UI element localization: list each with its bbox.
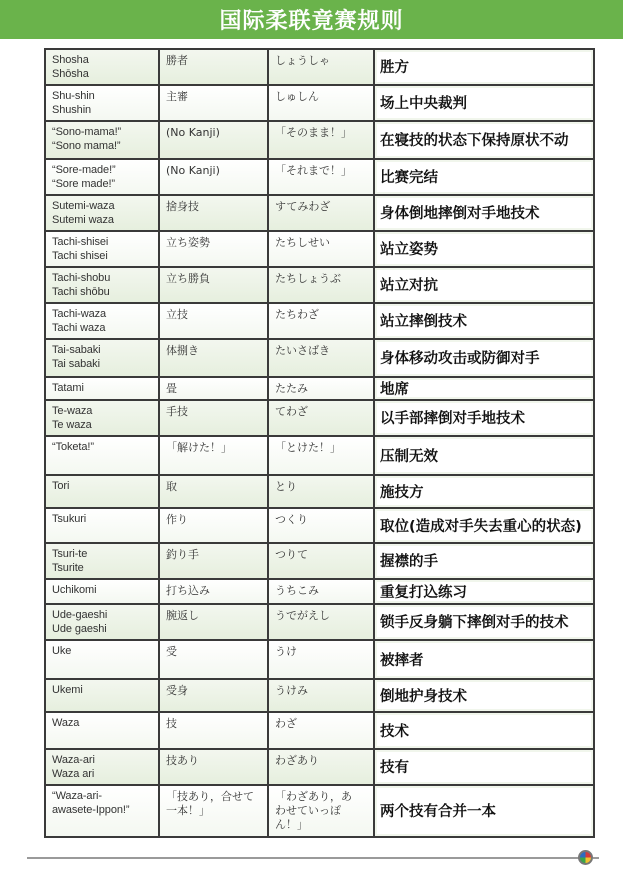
hiragana-cell-line: たいさばき: [275, 344, 367, 358]
hiragana-cell: 「とけた！」: [268, 436, 374, 475]
glossary-table-container: ShoshaShōsha勝者しょうしゃ胜方Shu-shinShushin主審しゅ…: [44, 48, 593, 838]
glossary-row: Tachi-shiseiTachi shisei立ち姿勢たちしせい站立姿势: [45, 231, 594, 267]
page-title: 国际柔联竟赛规则: [219, 4, 403, 35]
romaji-term-cell: Te-wazaTe waza: [45, 400, 159, 436]
hiragana-cell: しゅしん: [268, 85, 374, 121]
kanji-cell-line: 立ち姿勢: [166, 236, 261, 250]
romaji-term-cell-line: Tsurite: [52, 561, 152, 575]
hiragana-cell: うけ: [268, 640, 374, 679]
romaji-term-cell: Tachi-shobuTachi shōbu: [45, 267, 159, 303]
hiragana-cell-line: わざあり: [275, 754, 367, 768]
chinese-translation-cell: 比赛完结: [374, 159, 594, 195]
kanji-cell-line: (No Kanji): [166, 126, 261, 140]
footer-divider-tail: [593, 857, 599, 859]
chinese-translation-cell: 身体倒地摔倒对手地技术: [374, 195, 594, 231]
romaji-term-cell-line: Shushin: [52, 103, 152, 117]
romaji-term-cell-line: Ukemi: [52, 683, 152, 697]
chinese-translation-cell: 在寝技的状态下保持原状不动: [374, 121, 594, 159]
glossary-row: Sutemi-wazaSutemi waza捨身技すてみわざ身体倒地摔倒对手地技…: [45, 195, 594, 231]
romaji-term-cell: Tai-sabakiTai sabaki: [45, 339, 159, 377]
glossary-table-body: ShoshaShōsha勝者しょうしゃ胜方Shu-shinShushin主審しゅ…: [45, 49, 594, 837]
kanji-cell: 主審: [159, 85, 268, 121]
page-header-banner: 国际柔联竟赛规则: [0, 0, 623, 39]
romaji-term-cell: “Sore-made!”“Sore made!”: [45, 159, 159, 195]
romaji-term-cell: Tachi-shiseiTachi shisei: [45, 231, 159, 267]
glossary-row: Waza-ariWaza ari技ありわざあり技有: [45, 749, 594, 785]
chinese-translation-cell: 地席: [374, 377, 594, 400]
romaji-term-cell: Tsuri-teTsurite: [45, 543, 159, 579]
kanji-cell-line: 受: [166, 645, 261, 659]
glossary-row: Te-wazaTe waza手技てわざ以手部摔倒对手地技术: [45, 400, 594, 436]
chinese-translation-cell: 胜方: [374, 49, 594, 85]
kanji-cell-line: 受身: [166, 684, 261, 698]
kanji-cell: 取: [159, 475, 268, 508]
romaji-term-cell: “Waza-ari-awasete-Ippon!”: [45, 785, 159, 837]
romaji-term-cell-line: Tai sabaki: [52, 357, 152, 371]
romaji-term-cell: Tsukuri: [45, 508, 159, 543]
chinese-translation-cell: 场上中央裁判: [374, 85, 594, 121]
glossary-row: “Toketa!”「解けた！」「とけた！」压制无效: [45, 436, 594, 475]
hiragana-cell: うでがえし: [268, 604, 374, 640]
romaji-term-cell-line: Tachi-waza: [52, 307, 152, 321]
kanji-cell: 釣り手: [159, 543, 268, 579]
romaji-term-cell-line: Sutemi-waza: [52, 199, 152, 213]
romaji-term-cell: Tachi-wazaTachi waza: [45, 303, 159, 339]
kanji-cell: 「解けた！」: [159, 436, 268, 475]
glossary-row: ShoshaShōsha勝者しょうしゃ胜方: [45, 49, 594, 85]
glossary-row: Tatami畳たたみ地席: [45, 377, 594, 400]
kanji-cell: (No Kanji): [159, 159, 268, 195]
hiragana-cell: うちこみ: [268, 579, 374, 604]
chinese-translation-cell: 握襟的手: [374, 543, 594, 579]
glossary-row: Uchikomi打ち込みうちこみ重复打込练习: [45, 579, 594, 604]
chinese-translation-cell: 施技方: [374, 475, 594, 508]
romaji-term-cell-line: “Toketa!”: [52, 440, 152, 454]
glossary-row: Shu-shinShushin主審しゅしん场上中央裁判: [45, 85, 594, 121]
romaji-term-cell-line: “Sore made!”: [52, 177, 152, 191]
kanji-cell-line: 立ち勝負: [166, 272, 261, 286]
glossary-row: “Sore-made!”“Sore made!”(No Kanji)「それまで！…: [45, 159, 594, 195]
kanji-cell-line: 釣り手: [166, 548, 261, 562]
hiragana-cell: しょうしゃ: [268, 49, 374, 85]
kanji-cell: 打ち込み: [159, 579, 268, 604]
chinese-translation-cell: 站立对抗: [374, 267, 594, 303]
kanji-cell: 勝者: [159, 49, 268, 85]
romaji-term-cell-line: Tachi waza: [52, 321, 152, 335]
hiragana-cell: すてみわざ: [268, 195, 374, 231]
romaji-term-cell: Uchikomi: [45, 579, 159, 604]
hiragana-cell-line: しゅしん: [275, 90, 367, 104]
chinese-translation-cell: 压制无效: [374, 436, 594, 475]
hiragana-cell-line: うけ: [275, 645, 367, 659]
hiragana-cell: 「わざあり，あわせていっぽん！」: [268, 785, 374, 837]
judo-terms-glossary-table: ShoshaShōsha勝者しょうしゃ胜方Shu-shinShushin主審しゅ…: [44, 48, 595, 838]
kanji-cell-line: 取: [166, 480, 261, 494]
chinese-translation-cell: 重复打込练习: [374, 579, 594, 604]
hiragana-cell: たたみ: [268, 377, 374, 400]
kanji-cell-line: 腕返し: [166, 609, 261, 623]
romaji-term-cell: Tatami: [45, 377, 159, 400]
kanji-cell: 「技あり，合せて一本！」: [159, 785, 268, 837]
romaji-term-cell-line: “Sono mama!”: [52, 139, 152, 153]
glossary-row: Tori取とり施技方: [45, 475, 594, 508]
hiragana-cell: たちわざ: [268, 303, 374, 339]
hiragana-cell: うけみ: [268, 679, 374, 712]
romaji-term-cell-line: Te waza: [52, 418, 152, 432]
kanji-cell-line: 打ち込み: [166, 584, 261, 598]
kanji-cell-line: 技あり: [166, 754, 261, 768]
chinese-translation-cell: 技术: [374, 712, 594, 749]
hiragana-cell-line: ん！」: [275, 818, 367, 832]
hiragana-cell: たちしせい: [268, 231, 374, 267]
chinese-translation-cell: 倒地护身技术: [374, 679, 594, 712]
chinese-translation-cell: 站立姿势: [374, 231, 594, 267]
chinese-translation-cell: 技有: [374, 749, 594, 785]
glossary-row: Ukemi受身うけみ倒地护身技术: [45, 679, 594, 712]
romaji-term-cell-line: Tachi-shobu: [52, 271, 152, 285]
hiragana-cell: 「そのまま！」: [268, 121, 374, 159]
kanji-cell-line: (No Kanji): [166, 164, 261, 178]
hiragana-cell-line: 「とけた！」: [275, 441, 367, 455]
kanji-cell-line: 「技あり，合せて: [166, 790, 261, 804]
chinese-translation-cell: 站立摔倒技术: [374, 303, 594, 339]
romaji-term-cell-line: “Waza-ari-: [52, 789, 152, 803]
hiragana-cell: てわざ: [268, 400, 374, 436]
hiragana-cell: わざあり: [268, 749, 374, 785]
romaji-term-cell-line: Uke: [52, 644, 152, 658]
kanji-cell: 手技: [159, 400, 268, 436]
hiragana-cell-line: たちしょうぶ: [275, 272, 367, 286]
romaji-term-cell-line: Tsukuri: [52, 512, 152, 526]
hiragana-cell-line: すてみわざ: [275, 200, 367, 214]
hiragana-cell: つりて: [268, 543, 374, 579]
chinese-translation-cell: 被摔者: [374, 640, 594, 679]
romaji-term-cell-line: Waza-ari: [52, 753, 152, 767]
hiragana-cell-line: うでがえし: [275, 609, 367, 623]
romaji-term-cell: “Sono-mama!”“Sono mama!”: [45, 121, 159, 159]
romaji-term-cell-line: awasete-Ippon!”: [52, 803, 152, 817]
romaji-term-cell-line: Shosha: [52, 53, 152, 67]
glossary-row: “Waza-ari-awasete-Ippon!”「技あり，合せて一本！」「わざ…: [45, 785, 594, 837]
chinese-translation-cell: 锁手反身躺下摔倒对手的技术: [374, 604, 594, 640]
hiragana-cell: たちしょうぶ: [268, 267, 374, 303]
hiragana-cell-line: うけみ: [275, 684, 367, 698]
kanji-cell: 捨身技: [159, 195, 268, 231]
romaji-term-cell: Uke: [45, 640, 159, 679]
romaji-term-cell: Waza-ariWaza ari: [45, 749, 159, 785]
kanji-cell: 立技: [159, 303, 268, 339]
hiragana-cell-line: 「それまで！」: [275, 164, 367, 178]
kanji-cell: (No Kanji): [159, 121, 268, 159]
kanji-cell-line: 手技: [166, 405, 261, 419]
kanji-cell-line: 「解けた！」: [166, 441, 261, 455]
romaji-term-cell-line: Ude gaeshi: [52, 622, 152, 636]
romaji-term-cell-line: Shōsha: [52, 67, 152, 81]
hiragana-cell-line: わざ: [275, 717, 367, 731]
romaji-term-cell: Sutemi-wazaSutemi waza: [45, 195, 159, 231]
kanji-cell: 技: [159, 712, 268, 749]
footer-divider: [27, 857, 579, 859]
romaji-term-cell: Tori: [45, 475, 159, 508]
glossary-row: Tachi-shobuTachi shōbu立ち勝負たちしょうぶ站立对抗: [45, 267, 594, 303]
kanji-cell: 体捌き: [159, 339, 268, 377]
glossary-row: Tsuri-teTsurite釣り手つりて握襟的手: [45, 543, 594, 579]
chinese-translation-cell: 以手部摔倒对手地技术: [374, 400, 594, 436]
romaji-term-cell-line: Waza ari: [52, 767, 152, 781]
kanji-cell-line: 勝者: [166, 54, 261, 68]
kanji-cell-line: 体捌き: [166, 344, 261, 358]
glossary-row: Tsukuri作りつくり取位(造成对手失去重心的状态): [45, 508, 594, 543]
romaji-term-cell-line: Tori: [52, 479, 152, 493]
hiragana-cell-line: たちしせい: [275, 236, 367, 250]
hiragana-cell-line: とり: [275, 480, 367, 494]
chinese-translation-cell: 两个技有合并一本: [374, 785, 594, 837]
romaji-term-cell: Ukemi: [45, 679, 159, 712]
hiragana-cell-line: うちこみ: [275, 584, 367, 598]
hiragana-cell-line: てわざ: [275, 405, 367, 419]
chinese-translation-cell: 身体移动攻击或防御对手: [374, 339, 594, 377]
romaji-term-cell-line: Waza: [52, 716, 152, 730]
hiragana-cell-line: たたみ: [275, 382, 367, 396]
romaji-term-cell: “Toketa!”: [45, 436, 159, 475]
hiragana-cell-line: つりて: [275, 548, 367, 562]
kanji-cell: 受身: [159, 679, 268, 712]
romaji-term-cell-line: Te-waza: [52, 404, 152, 418]
kanji-cell-line: 作り: [166, 513, 261, 527]
hiragana-cell: とり: [268, 475, 374, 508]
romaji-term-cell-line: Tachi shisei: [52, 249, 152, 263]
kanji-cell: 立ち勝負: [159, 267, 268, 303]
hiragana-cell: つくり: [268, 508, 374, 543]
kanji-cell: 腕返し: [159, 604, 268, 640]
kanji-cell-line: 技: [166, 717, 261, 731]
kanji-cell: 作り: [159, 508, 268, 543]
kanji-cell: 受: [159, 640, 268, 679]
romaji-term-cell: Waza: [45, 712, 159, 749]
romaji-term-cell: Shu-shinShushin: [45, 85, 159, 121]
chinese-translation-cell: 取位(造成对手失去重心的状态): [374, 508, 594, 543]
hiragana-cell-line: つくり: [275, 513, 367, 527]
hiragana-cell: 「それまで！」: [268, 159, 374, 195]
romaji-term-cell-line: Uchikomi: [52, 583, 152, 597]
romaji-term-cell: ShoshaShōsha: [45, 49, 159, 85]
glossary-row: Tai-sabakiTai sabaki体捌きたいさばき身体移动攻击或防御对手: [45, 339, 594, 377]
glossary-row: Tachi-wazaTachi waza立技たちわざ站立摔倒技术: [45, 303, 594, 339]
glossary-row: Ude-gaeshiUde gaeshi腕返しうでがえし锁手反身躺下摔倒对手的技…: [45, 604, 594, 640]
romaji-term-cell-line: Tachi-shisei: [52, 235, 152, 249]
romaji-term-cell-line: Tai-sabaki: [52, 343, 152, 357]
glossary-row: “Sono-mama!”“Sono mama!”(No Kanji)「そのまま！…: [45, 121, 594, 159]
romaji-term-cell: Ude-gaeshiUde gaeshi: [45, 604, 159, 640]
glossary-row: Uke受うけ被摔者: [45, 640, 594, 679]
kanji-cell: 技あり: [159, 749, 268, 785]
hiragana-cell: わざ: [268, 712, 374, 749]
kanji-cell: 立ち姿勢: [159, 231, 268, 267]
romaji-term-cell-line: “Sono-mama!”: [52, 125, 152, 139]
kanji-cell: 畳: [159, 377, 268, 400]
hiragana-cell-line: たちわざ: [275, 308, 367, 322]
glossary-row: Waza技わざ技术: [45, 712, 594, 749]
romaji-term-cell-line: Tatami: [52, 381, 152, 395]
hiragana-cell-line: しょうしゃ: [275, 54, 367, 68]
kanji-cell-line: 一本！」: [166, 804, 261, 818]
kanji-cell-line: 立技: [166, 308, 261, 322]
hiragana-cell-line: 「わざあり，あ: [275, 790, 367, 804]
romaji-term-cell-line: Ude-gaeshi: [52, 608, 152, 622]
kanji-cell-line: 主審: [166, 90, 261, 104]
hiragana-cell-line: わせていっぽ: [275, 804, 367, 818]
kanji-cell-line: 捨身技: [166, 200, 261, 214]
romaji-term-cell-line: Sutemi waza: [52, 213, 152, 227]
kanji-cell-line: 畳: [166, 382, 261, 396]
romaji-term-cell-line: Tachi shōbu: [52, 285, 152, 299]
romaji-term-cell-line: Tsuri-te: [52, 547, 152, 561]
federation-emblem-icon: [578, 850, 593, 865]
hiragana-cell: たいさばき: [268, 339, 374, 377]
romaji-term-cell-line: “Sore-made!”: [52, 163, 152, 177]
romaji-term-cell-line: Shu-shin: [52, 89, 152, 103]
hiragana-cell-line: 「そのまま！」: [275, 126, 367, 140]
